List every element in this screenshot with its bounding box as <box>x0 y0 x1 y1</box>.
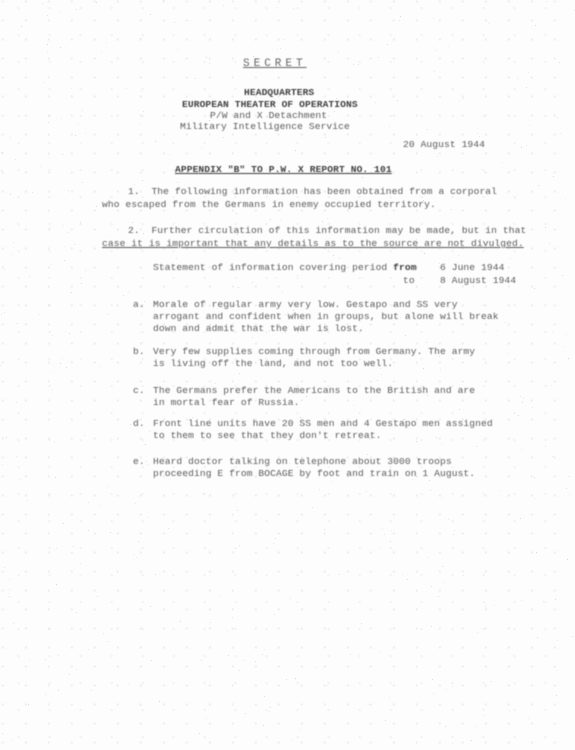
scan-speck <box>42 3 43 4</box>
scan-speck <box>55 477 56 478</box>
scan-speck <box>436 437 437 438</box>
scan-speck <box>569 494 570 495</box>
scan-speck <box>60 11 61 12</box>
scan-speck <box>82 182 83 183</box>
scan-speck <box>445 726 446 727</box>
scan-speck <box>391 530 392 531</box>
scan-speck <box>0 365 1 366</box>
statement-from-label: from <box>393 262 416 273</box>
scan-speck <box>439 263 440 264</box>
scan-speck <box>377 380 378 381</box>
scan-speck <box>192 417 193 418</box>
scan-speck <box>477 133 478 134</box>
document-heading: APPENDIX "B" TO P.W. X REPORT NO. 101 <box>175 164 392 176</box>
scan-speck <box>292 740 293 741</box>
scan-speck <box>16 456 17 457</box>
scan-speck <box>166 464 167 465</box>
scan-speck <box>60 47 61 48</box>
scan-speck <box>96 206 97 207</box>
scan-speck <box>303 236 304 237</box>
scan-speck <box>239 373 240 374</box>
scan-speck <box>454 530 455 531</box>
scan-speck <box>538 185 539 186</box>
scan-speck <box>405 734 406 735</box>
scan-speck <box>275 277 276 278</box>
scan-speck <box>476 726 477 727</box>
scan-speck <box>357 190 358 191</box>
scan-speck <box>21 26 22 27</box>
scan-speck <box>442 498 443 499</box>
scan-speck <box>453 534 454 535</box>
scan-speck <box>244 660 245 661</box>
scan-speck <box>438 596 439 597</box>
scan-speck <box>108 314 109 315</box>
paragraph-text: Further circulation of this information … <box>151 225 526 236</box>
scan-speck <box>386 210 387 211</box>
scan-speck <box>11 739 12 740</box>
scan-speck <box>239 545 240 546</box>
scan-speck <box>128 292 129 293</box>
scan-speck <box>508 353 509 354</box>
statement-to-label: to <box>403 275 415 287</box>
scan-speck <box>253 67 254 68</box>
scan-speck <box>100 505 101 506</box>
scan-speck <box>535 498 536 499</box>
scan-speck <box>54 442 55 443</box>
item-text-line: proceeding E from BOCAGE by foot and tra… <box>153 468 475 480</box>
scan-speck <box>206 57 207 58</box>
scan-speck <box>205 302 206 303</box>
scan-speck <box>353 64 354 65</box>
scan-speck <box>145 444 146 445</box>
scan-speck <box>215 383 216 384</box>
scan-speck <box>556 670 557 671</box>
item-letter: e. <box>133 456 145 468</box>
scan-speck <box>76 669 77 670</box>
scan-speck <box>333 255 334 256</box>
scan-speck <box>520 518 521 519</box>
scan-speck <box>437 156 438 157</box>
scan-speck <box>444 582 445 583</box>
scan-speck <box>557 117 558 118</box>
document-page: SECRET HEADQUARTERS EUROPEAN THEATER OF … <box>0 0 575 750</box>
scan-speck <box>76 612 77 613</box>
scan-speck <box>281 420 282 421</box>
paragraph-2-line-2: case it is important that any details as… <box>102 238 524 250</box>
scan-speck <box>451 209 452 210</box>
scan-speck <box>427 129 428 130</box>
scan-speck <box>45 694 46 695</box>
scan-speck <box>62 154 63 155</box>
scan-speck <box>9 589 10 590</box>
scan-speck <box>252 337 253 338</box>
scan-speck <box>101 52 102 53</box>
scan-speck <box>267 188 268 189</box>
scan-speck <box>52 335 53 336</box>
item-text-line: arrogant and confident when in groups, b… <box>153 311 499 323</box>
scan-speck <box>155 141 156 142</box>
scan-speck <box>444 263 445 264</box>
scan-speck <box>400 317 401 318</box>
scan-speck <box>438 302 439 303</box>
scan-speck <box>471 740 472 741</box>
scan-speck <box>434 71 435 72</box>
scan-speck <box>385 720 386 721</box>
scan-speck <box>1 170 2 171</box>
scan-speck <box>465 420 466 421</box>
scan-speck <box>572 636 573 637</box>
scan-speck <box>47 15 48 16</box>
scan-speck <box>384 534 385 535</box>
scan-speck <box>61 118 62 119</box>
scan-speck <box>523 398 524 399</box>
scan-speck <box>522 402 523 403</box>
scan-speck <box>405 335 406 336</box>
scan-speck <box>29 660 30 661</box>
scan-speck <box>367 454 368 455</box>
scan-speck <box>427 557 428 558</box>
scan-speck <box>195 78 196 79</box>
scan-speck <box>147 464 148 465</box>
scan-speck <box>473 286 474 287</box>
scan-speck <box>555 599 556 600</box>
scan-speck <box>20 479 21 480</box>
scan-speck <box>441 444 442 445</box>
scan-speck <box>136 557 137 558</box>
scan-speck <box>491 681 492 682</box>
scan-speck <box>267 116 268 117</box>
scan-speck <box>407 579 408 580</box>
scan-speck <box>338 51 339 52</box>
scan-speck <box>134 184 135 185</box>
item-text-line: is living off the land, and not too well… <box>153 358 393 370</box>
scan-speck <box>430 490 431 491</box>
scan-speck <box>293 58 294 59</box>
scan-speck <box>40 166 41 167</box>
scan-speck <box>138 541 139 542</box>
scan-speck <box>56 548 57 549</box>
scan-speck <box>158 264 159 265</box>
scan-speck <box>452 743 453 744</box>
scan-speck <box>50 228 51 229</box>
scan-speck <box>69 333 70 334</box>
scan-speck <box>350 654 351 655</box>
scan-speck <box>13 623 14 624</box>
scan-speck <box>66 367 67 368</box>
scan-speck <box>399 20 400 21</box>
scan-speck <box>300 417 301 418</box>
scan-speck <box>440 369 441 370</box>
scan-speck <box>64 260 65 261</box>
scan-speck <box>431 586 432 587</box>
scan-speck <box>131 226 132 227</box>
scan-speck <box>293 8 294 9</box>
scan-speck <box>74 244 75 245</box>
scan-speck <box>432 679 433 680</box>
scan-speck <box>339 574 340 575</box>
scan-speck <box>130 424 131 425</box>
scan-speck <box>295 678 296 679</box>
scan-speck <box>2 464 3 465</box>
scan-speck <box>433 693 434 694</box>
scan-speck <box>556 695 557 696</box>
scan-speck <box>390 541 391 542</box>
scan-speck <box>199 733 200 734</box>
scan-speck <box>99 366 100 367</box>
scan-speck <box>270 707 271 708</box>
scan-speck <box>394 471 395 472</box>
scan-speck <box>433 18 434 19</box>
scan-speck <box>459 100 460 101</box>
scan-speck <box>17 323 18 324</box>
scan-speck <box>463 575 464 576</box>
scan-speck <box>269 711 270 712</box>
scan-speck <box>275 538 276 539</box>
scan-speck <box>448 519 449 520</box>
scan-speck <box>545 227 546 228</box>
scan-speck <box>380 547 381 548</box>
scan-speck <box>13 242 14 243</box>
scan-speck <box>60 363 61 364</box>
scan-speck <box>223 137 224 138</box>
scan-speck <box>545 446 546 447</box>
scan-speck <box>282 172 283 173</box>
scan-speck <box>476 446 477 447</box>
scan-speck <box>107 641 108 642</box>
scan-speck <box>336 98 337 99</box>
scan-speck <box>201 391 202 392</box>
scan-speck <box>126 88 127 89</box>
scan-speck <box>266 117 267 118</box>
scan-speck <box>140 38 141 39</box>
scan-speck <box>427 395 428 396</box>
header-line-4: Military Intelligence Service <box>180 121 350 133</box>
scan-speck <box>319 489 320 490</box>
scan-speck <box>123 295 124 296</box>
scan-speck <box>448 46 449 47</box>
scan-speck <box>163 0 164 1</box>
scan-speck <box>560 133 561 134</box>
scan-speck <box>483 715 484 716</box>
scan-speck <box>88 502 89 503</box>
scan-speck <box>510 258 511 259</box>
scan-speck <box>139 124 140 125</box>
scan-speck <box>6 437 7 438</box>
scan-speck <box>29 276 30 277</box>
scan-speck <box>84 435 85 436</box>
scan-speck <box>339 258 340 259</box>
scan-speck <box>284 39 285 40</box>
scan-speck <box>52 389 53 390</box>
scan-speck <box>565 198 566 199</box>
scan-speck <box>274 614 275 615</box>
scan-speck <box>520 396 521 397</box>
scan-speck <box>534 477 535 478</box>
item-text-line: Morale of regular army very low. Gestapo… <box>153 299 458 311</box>
scan-speck <box>45 659 46 660</box>
scan-speck <box>16 402 17 403</box>
scan-speck <box>223 5 224 6</box>
scan-speck <box>379 652 380 653</box>
scan-speck <box>362 277 363 278</box>
scan-speck <box>285 329 286 330</box>
scan-speck <box>378 57 379 58</box>
scan-speck <box>144 301 145 302</box>
scan-speck <box>532 407 533 408</box>
scan-speck <box>255 661 256 662</box>
scan-speck <box>63 523 64 524</box>
scan-speck <box>135 503 136 504</box>
scan-speck <box>4 312 5 313</box>
scan-speck <box>262 654 263 655</box>
scan-speck <box>280 209 281 210</box>
scan-speck <box>315 667 316 668</box>
scan-speck <box>366 491 367 492</box>
scan-speck <box>526 145 527 146</box>
scan-speck <box>402 574 403 575</box>
scan-speck <box>496 330 497 331</box>
scan-speck <box>96 2 97 3</box>
scan-speck <box>142 180 143 181</box>
scan-speck <box>58 655 59 656</box>
scan-speck <box>553 176 554 177</box>
scan-speck <box>412 479 413 480</box>
scan-speck <box>80 563 81 564</box>
scan-speck <box>521 600 522 601</box>
scan-speck <box>521 449 522 450</box>
scan-speck <box>459 409 460 410</box>
scan-speck <box>220 595 221 596</box>
scan-speck <box>350 288 351 289</box>
scan-speck <box>63 225 64 226</box>
item-letter: d. <box>133 418 145 430</box>
item-letter: b. <box>133 346 145 358</box>
scan-speck <box>4 567 5 568</box>
scan-speck <box>10 194 11 195</box>
scan-speck <box>258 67 259 68</box>
scan-speck <box>424 253 425 254</box>
scan-speck <box>68 232 69 233</box>
scan-speck <box>369 704 370 705</box>
scan-speck <box>361 623 362 624</box>
scan-speck <box>263 725 264 726</box>
scan-speck <box>567 559 568 560</box>
scan-speck <box>517 78 518 79</box>
scan-speck <box>232 617 233 618</box>
scan-speck <box>97 596 98 597</box>
scan-speck <box>535 25 536 26</box>
scan-speck <box>435 50 436 51</box>
scan-speck <box>282 291 283 292</box>
scan-speck <box>109 235 110 236</box>
item-text-line: Heard doctor talking on telephone about … <box>153 456 452 468</box>
scan-speck <box>494 605 495 606</box>
scan-speck <box>277 7 278 8</box>
scan-speck <box>203 493 204 494</box>
scan-speck <box>306 396 307 397</box>
scan-speck <box>54 549 55 550</box>
scan-speck <box>210 622 211 623</box>
scan-speck <box>176 258 177 259</box>
scan-speck <box>71 292 72 293</box>
classification-stamp: SECRET <box>243 58 307 70</box>
scan-speck <box>346 301 347 302</box>
scan-speck <box>488 23 489 24</box>
scan-speck <box>389 697 390 698</box>
scan-speck <box>146 461 147 462</box>
scan-speck <box>469 145 470 146</box>
scan-speck <box>288 474 289 475</box>
scan-speck <box>11 254 12 255</box>
scan-speck <box>128 683 129 684</box>
scan-speck <box>358 64 359 65</box>
scan-speck <box>322 221 323 222</box>
scan-speck <box>327 161 328 162</box>
scan-speck <box>418 77 419 78</box>
scan-speck <box>442 566 443 567</box>
statement-text: Statement of information covering period <box>153 262 387 273</box>
scan-speck <box>252 282 253 283</box>
scan-speck <box>566 334 567 335</box>
item-text-line: in mortal fear of Russia. <box>153 397 299 409</box>
scan-speck <box>80 222 81 223</box>
paragraph-2-line-1: 2. Further circulation of this informati… <box>128 225 526 237</box>
scan-speck <box>174 22 175 23</box>
scan-speck <box>389 126 390 127</box>
scan-speck <box>150 606 151 607</box>
scan-speck <box>373 167 374 168</box>
scan-speck <box>68 190 69 191</box>
scan-speck <box>10 137 11 138</box>
scan-speck <box>278 78 279 79</box>
scan-speck <box>62 358 63 359</box>
scan-speck <box>293 310 294 311</box>
scan-speck <box>1 152 2 153</box>
scan-speck <box>442 476 443 477</box>
scan-speck <box>546 1 547 2</box>
scan-speck <box>103 633 104 634</box>
item-text-line: to them to see that they don't retreat. <box>153 430 381 442</box>
scan-speck <box>81 283 82 284</box>
scan-speck <box>426 342 427 343</box>
scan-speck <box>377 388 378 389</box>
scan-speck <box>8 593 9 594</box>
scan-speck <box>423 200 424 201</box>
scan-speck <box>110 532 111 533</box>
scan-speck <box>458 255 459 256</box>
scan-speck <box>139 705 140 706</box>
paragraph-1-line-1: 1. The following information has been ob… <box>128 186 497 198</box>
scan-speck <box>85 133 86 134</box>
scan-speck <box>270 219 271 220</box>
scan-speck <box>280 220 281 221</box>
scan-speck <box>73 546 74 547</box>
scan-speck <box>180 621 181 622</box>
scan-speck <box>518 415 519 416</box>
scan-speck <box>1 314 2 315</box>
scan-speck <box>280 48 281 49</box>
scan-speck <box>228 203 229 204</box>
scan-speck <box>300 729 301 730</box>
scan-speck <box>201 147 202 148</box>
scan-speck <box>559 62 560 63</box>
scan-speck <box>322 365 323 366</box>
scan-speck <box>177 182 178 183</box>
scan-speck <box>557 640 558 641</box>
scan-speck <box>286 679 287 680</box>
scan-speck <box>64 246 65 247</box>
item-letter: c. <box>133 385 145 397</box>
